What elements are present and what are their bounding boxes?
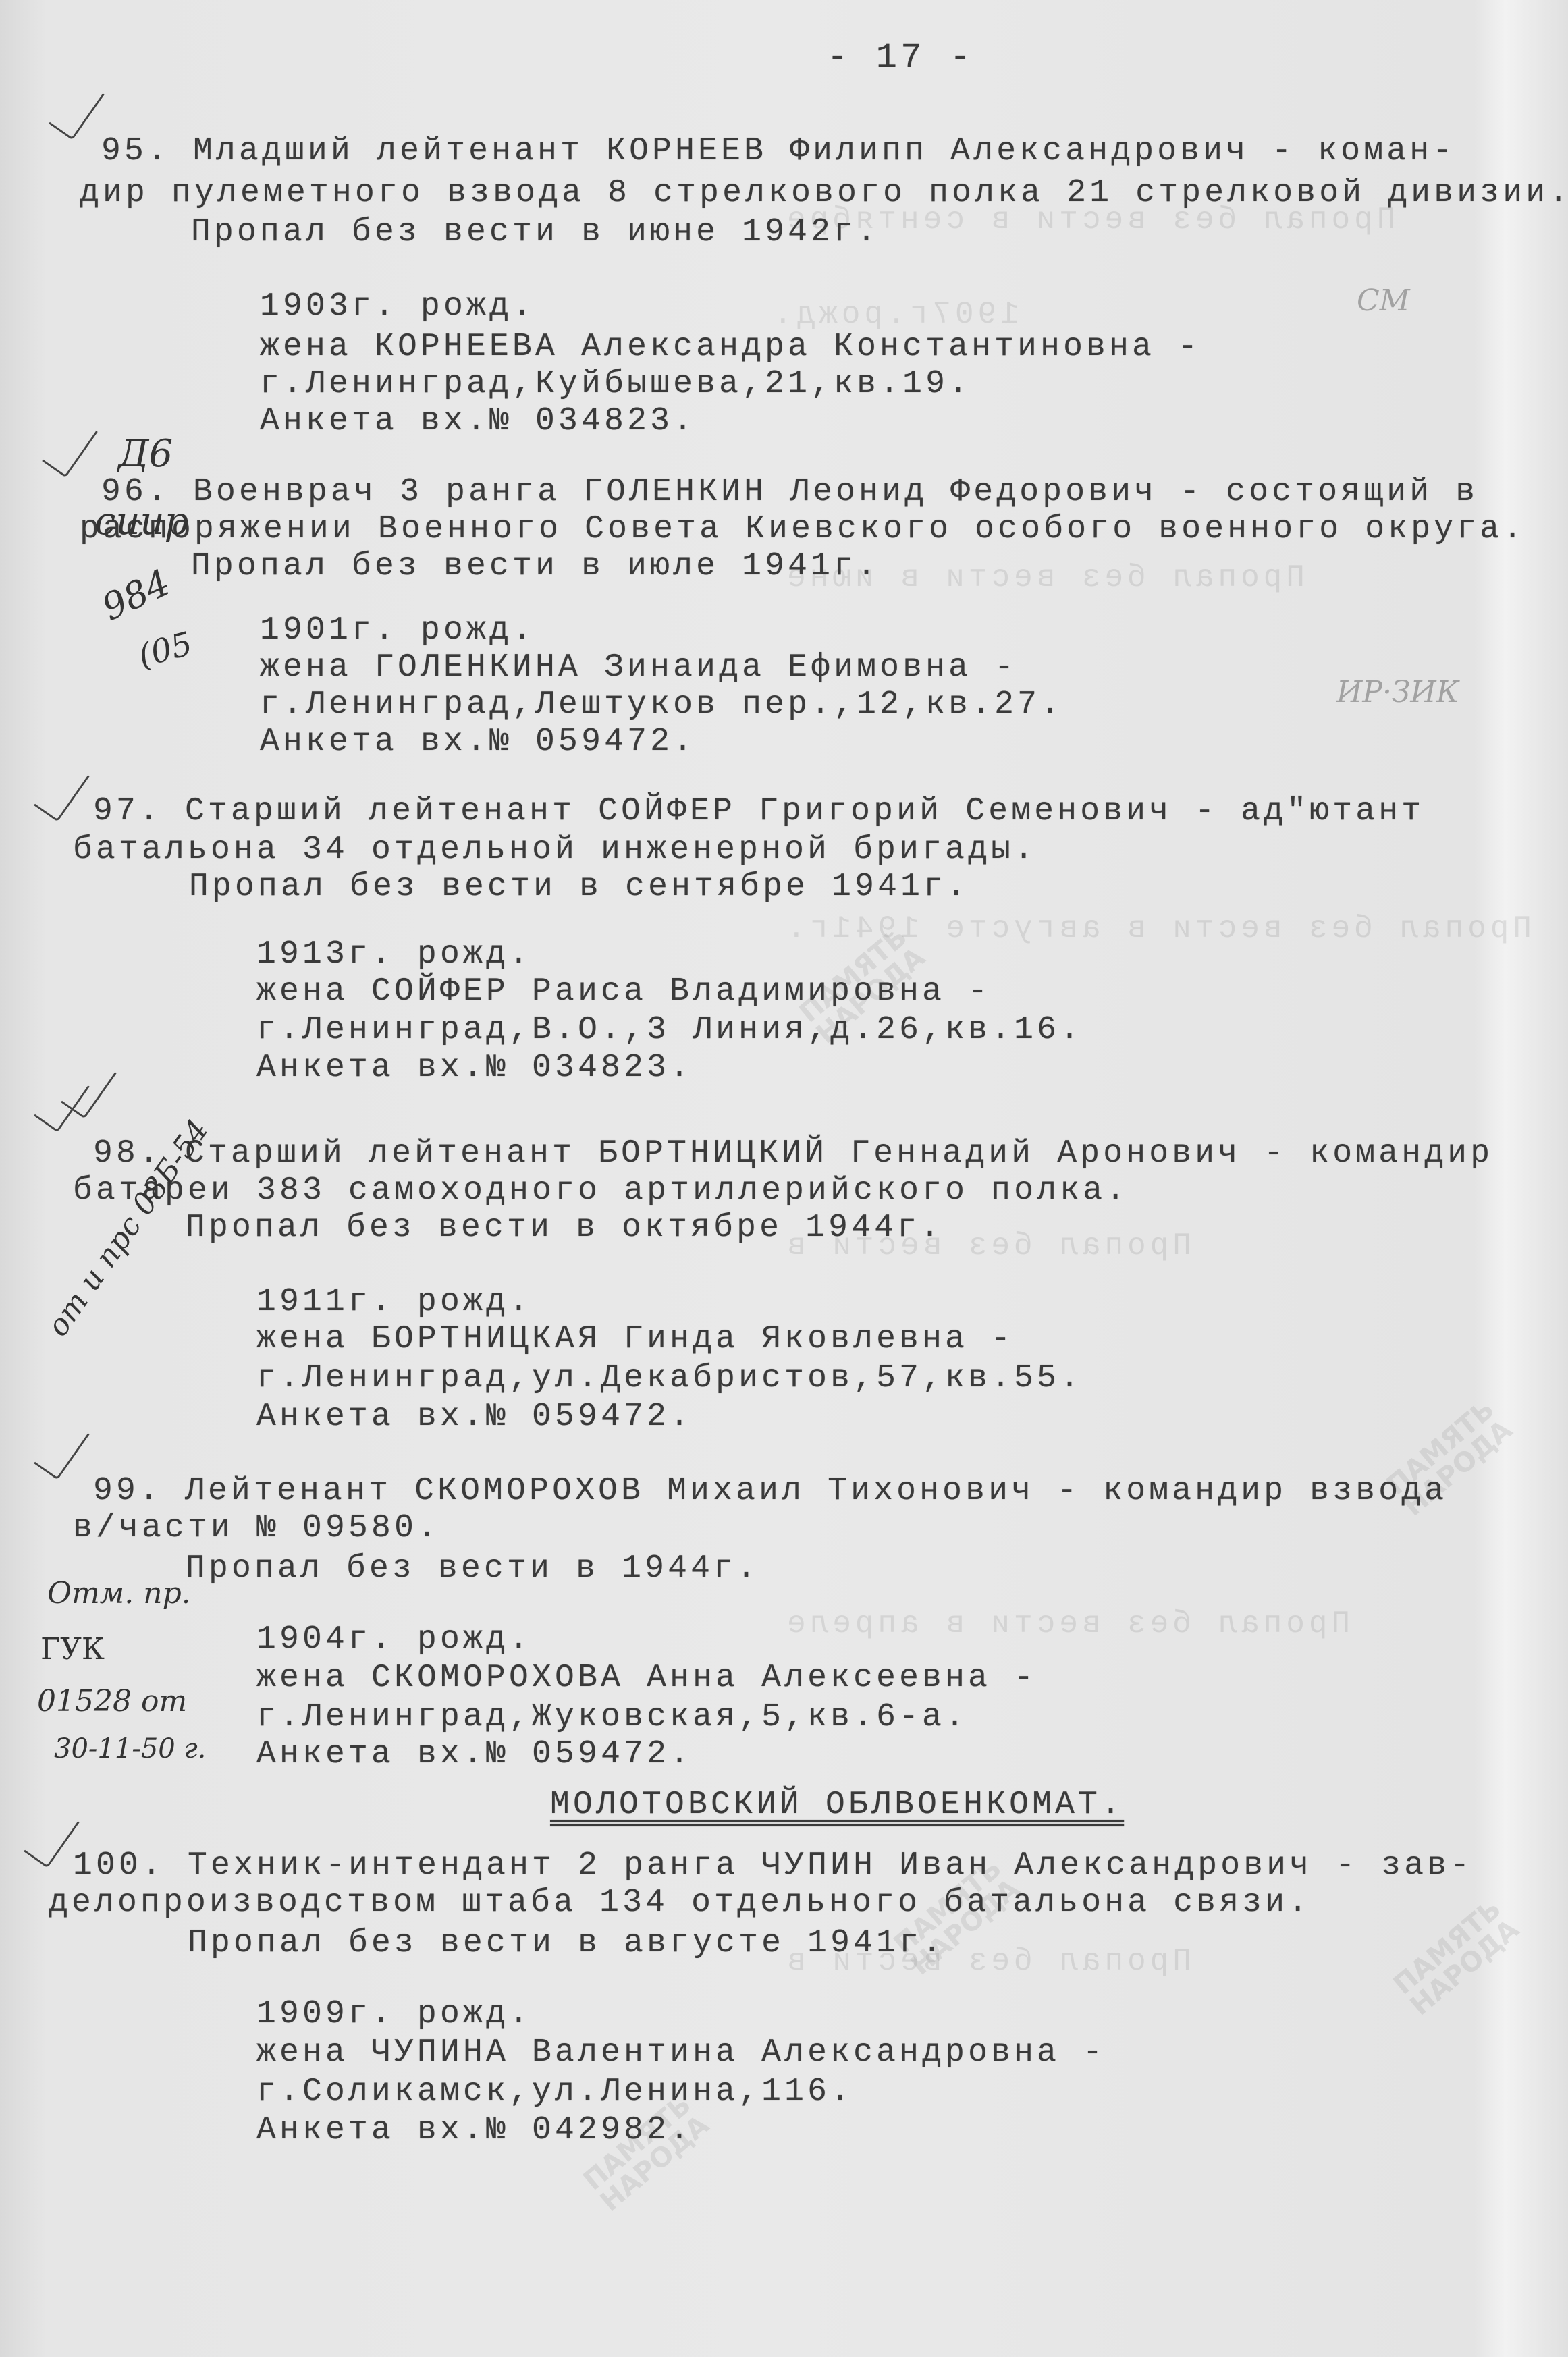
handwritten-note: (05: [134, 625, 196, 676]
entry-95-relative: жена КОРНЕЕВА Александра Константиновна …: [260, 331, 1201, 363]
entry-99-line2: в/части № 09580.: [73, 1512, 440, 1544]
entry-99-line1: 99. Лейтенант СКОМОРОХОВ Михаил Тихонови…: [93, 1475, 1447, 1507]
entry-98-anketa: Анкета вх.№ 059472.: [256, 1401, 693, 1433]
entry-99-anketa: Анкета вх.№ 059472.: [256, 1738, 693, 1770]
entry-97-anketa: Анкета вх.№ 034823.: [256, 1052, 693, 1084]
entry-100-line1: 100. Техник-интендант 2 ранга ЧУПИН Иван…: [73, 1849, 1473, 1882]
entry-96-line1: 96. Военврач 3 ранга ГОЛЕНКИН Леонид Фед…: [101, 476, 1478, 508]
entry-100-born: 1909г. рожд.: [256, 1998, 532, 2030]
section-heading: МОЛОТОВСКИЙ ОБЛВОЕНКОМАТ.: [550, 1789, 1124, 1821]
document-page: Пропал без вести в сентябре 1907г.рожд. …: [0, 0, 1568, 2357]
entry-95-born: 1903г. рожд.: [260, 290, 535, 323]
entry-100-missing: Пропал без вести в августе 1941г.: [188, 1927, 945, 1959]
checkmark-icon: [34, 1417, 90, 1480]
entry-95-missing: Пропал без вести в июне 1942г.: [191, 216, 880, 248]
entry-98-missing: Пропал без вести в октябре 1944г.: [186, 1212, 943, 1244]
page-number: - 17 -: [827, 40, 974, 76]
entry-97-line2: батальона 34 отдельной инженерной бригад…: [73, 834, 1037, 866]
entry-97-line1: 97. Старший лейтенант СОЙФЕР Григорий Се…: [93, 795, 1424, 828]
handwritten-note: Отм. пр.: [47, 1576, 191, 1610]
entry-97-missing: Пропал без вести в сентябре 1941г.: [189, 871, 969, 903]
entry-97-relative: жена СОЙФЕР Раиса Владимировна -: [256, 975, 991, 1008]
entry-95-address: г.Ленинград,Куйбышева,21,кв.19.: [260, 368, 971, 400]
entry-98-born: 1911г. рожд.: [256, 1286, 532, 1318]
entry-99-missing: Пропал без вести в 1944г.: [186, 1552, 759, 1585]
entry-98-line2: батареи 383 самоходного артиллерийского …: [73, 1174, 1129, 1207]
entry-100-anketa: Анкета вх.№ 042982.: [256, 2114, 693, 2146]
checkmark-icon: [49, 78, 105, 140]
entry-98-relative: жена БОРТНИЦКАЯ Гинда Яковлевна -: [256, 1323, 1014, 1355]
entry-99-relative: жена СКОМОРОХОВА Анна Алексеевна -: [256, 1662, 1037, 1694]
checkmark-icon: [24, 1806, 80, 1868]
entry-99-address: г.Ленинград,Жуковская,5,кв.6-а.: [256, 1701, 968, 1733]
entry-96-relative: жена ГОЛЕНКИНА Зинаида Ефимовна -: [260, 651, 1017, 684]
entry-96-born: 1901г. рожд.: [260, 614, 535, 647]
handwritten-note: ИР·ЗИК: [1336, 675, 1459, 709]
entry-98-line1: 98. Старший лейтенант БОРТНИЦКИЙ Геннади…: [93, 1137, 1493, 1170]
checkmark-icon: [34, 759, 90, 822]
handwritten-note: 30-11-50 г.: [54, 1733, 206, 1764]
entry-97-born: 1913г. рожд.: [256, 938, 532, 971]
entry-99-born: 1904г. рожд.: [256, 1623, 532, 1656]
entry-100-address: г.Соликамск,ул.Ленина,116.: [256, 2076, 853, 2108]
handwritten-note: СМ: [1357, 283, 1410, 318]
bleed-through-text: 1907г.рожд.: [769, 297, 1019, 332]
entry-96-anketa: Анкета вх.№ 059472.: [260, 726, 696, 758]
checkmark-icon: [42, 415, 98, 478]
entry-96-address: г.Ленинград,Лештуков пер.,12,кв.27.: [260, 688, 1063, 721]
entry-96-missing: Пропал без вести в июле 1941г.: [191, 550, 880, 583]
handwritten-note: Д6: [118, 432, 173, 476]
entry-98-address: г.Ленинград,ул.Декабристов,57,кв.55.: [256, 1362, 1083, 1394]
entry-100-relative: жена ЧУПИНА Валентина Александровна -: [256, 2036, 1106, 2069]
handwritten-note: ГУК: [40, 1632, 105, 1667]
handwritten-note: сиир: [94, 499, 188, 543]
handwritten-note: 01528 от: [37, 1684, 187, 1718]
entry-95-line1: 95. Младший лейтенант КОРНЕЕВ Филипп Але…: [101, 135, 1455, 167]
entry-95-line2: дир пулеметного взвода 8 стрелкового пол…: [80, 177, 1568, 209]
entry-95-anketa: Анкета вх.№ 034823.: [260, 405, 696, 437]
bleed-through-text: Пропал без вести в апреле: [783, 1606, 1350, 1642]
entry-100-line2: делопроизводством штаба 134 отдельного б…: [49, 1887, 1311, 1919]
entry-97-address: г.Ленинград,В.О.,3 Линия,д.26,кв.16.: [256, 1014, 1083, 1046]
handwritten-note: 984: [96, 561, 177, 629]
entry-96-line2: распоряжении Военного Совета Киевского о…: [80, 513, 1525, 545]
watermark: ПАМЯТЬНАРОДА: [1388, 1895, 1523, 2020]
